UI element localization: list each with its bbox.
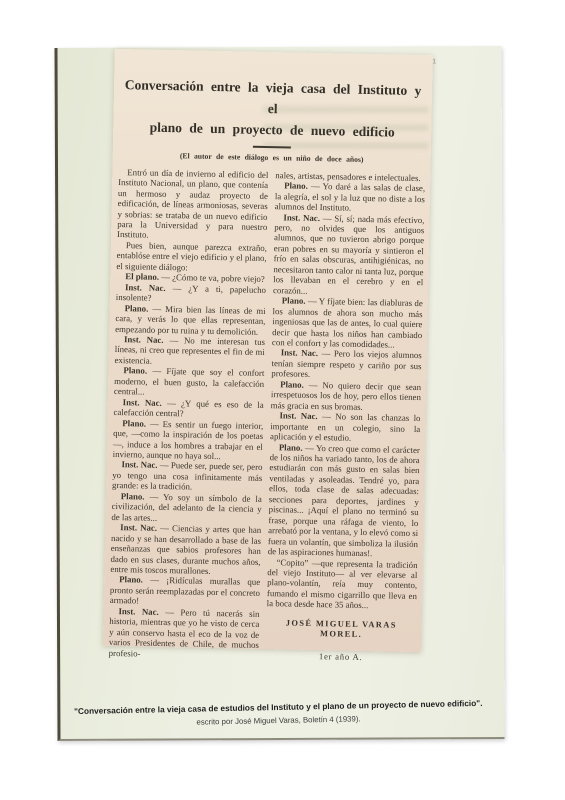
speaker-label: Inst. Nac. <box>123 397 162 408</box>
speaker-label: Plano. <box>123 366 147 376</box>
article-body: Entró un día de invierno al edificio del… <box>109 167 426 664</box>
speaker-label: Inst. Nac. <box>121 460 157 471</box>
speaker-label: Plano. <box>125 303 149 313</box>
paragraph: Entró un día de invierno al edificio del… <box>117 167 268 243</box>
title-divider <box>253 145 291 148</box>
dialog-paragraph: Inst. Nac. — No me interesan tus líneas,… <box>114 334 265 368</box>
speaker-label: Plano. <box>282 296 306 306</box>
speaker-label: Plano. <box>279 442 303 452</box>
scanned-page-photo: HISTORIA – 141 Conversación entre la vie… <box>54 46 504 741</box>
dialog-paragraph: Inst. Nac. — ¿Y qué es eso de la calefac… <box>113 397 263 421</box>
speaker-label: Inst. Nac. <box>281 348 318 359</box>
speaker-label: Inst. Nac. <box>279 410 317 421</box>
author-class: 1er año A. <box>266 650 416 663</box>
dialog-paragraph: Plano. — Yo creo que como el carácter de… <box>268 442 420 560</box>
speaker-label: Inst. Nac. <box>283 212 320 223</box>
dialog-paragraph: Plano. — Yo soy un símbolo de la civiliz… <box>111 491 262 525</box>
article-subtitle: (El autor de este diálogo es un niño de … <box>113 150 431 165</box>
dialog-paragraph: Plano. — Mira bien las líneas de mi cara… <box>115 303 266 337</box>
left-column: Entró un día de invierno al edificio del… <box>109 167 269 661</box>
dialog-paragraph: Plano. — ¡Ridículas murallas que pronto … <box>110 574 261 608</box>
speaker-label: Plano. <box>280 379 304 389</box>
paragraph: “Copito” —que representa la tradición de… <box>267 557 418 612</box>
speaker-label: Inst. Nac. <box>124 334 164 345</box>
speaker-label: Plano. <box>122 418 146 428</box>
dialog-paragraph: Inst. Nac. — Puede ser, puede ser, pero … <box>112 459 263 493</box>
dialog-paragraph: Inst. Nac. — Sí, sí; nada más efectivo, … <box>273 212 425 299</box>
dialog-paragraph: Plano. — No quiero decir que sean irresp… <box>271 379 422 413</box>
dialog-paragraph: Plano. — Y fíjate bien: las diabluras de… <box>272 295 423 350</box>
dialog-paragraph: Inst. Nac. — Pero tú nacerás sin histori… <box>109 606 260 661</box>
speaker-label: Plano. <box>284 181 308 191</box>
dialog-paragraph: Inst. Nac. — Pero los viejos alumnos ten… <box>271 348 422 382</box>
speaker-label: El plano. <box>125 271 159 282</box>
speaker-label: Inst. Nac. <box>125 282 166 293</box>
old-document-page: Conversación entre la vieja casa del Ins… <box>103 49 433 652</box>
speaker-label: Inst. Nac. <box>118 606 158 617</box>
speaker-label: Inst. Nac. <box>120 522 157 533</box>
dialog-paragraph: Plano. — Es sentir un fuego interior, qu… <box>113 418 264 463</box>
speaker-label: Plano. <box>119 575 143 585</box>
speaker-label: Plano. <box>121 491 145 501</box>
paragraph: Pues bien, aunque parezca extraño, entab… <box>116 240 267 274</box>
dialog-paragraph: Inst. Nac. — Ciencias y artes que han na… <box>110 522 261 577</box>
dialog-paragraph: Plano. — Fíjate que soy el confort moder… <box>114 365 265 399</box>
dialog-paragraph: Plano. — Yo daré a las salas de clase, l… <box>275 180 426 214</box>
right-column: nales, artistas, pensadores e intelectua… <box>266 170 426 664</box>
right-column-text: nales, artistas, pensadores e intelectua… <box>267 170 426 612</box>
author-signature: JOSÉ MIGUEL VARAS MOREL. <box>266 618 416 642</box>
photo-caption: "Conversación entre la vieja casa de est… <box>60 698 496 730</box>
article-title-line-1: Conversación entre la vieja casa del Ins… <box>123 75 422 123</box>
dialog-paragraph: Inst. Nac. — ¿Y a ti, papelucho insolent… <box>116 282 266 306</box>
dialog-paragraph: Inst. Nac. — No son las chanzas lo impor… <box>270 410 421 444</box>
